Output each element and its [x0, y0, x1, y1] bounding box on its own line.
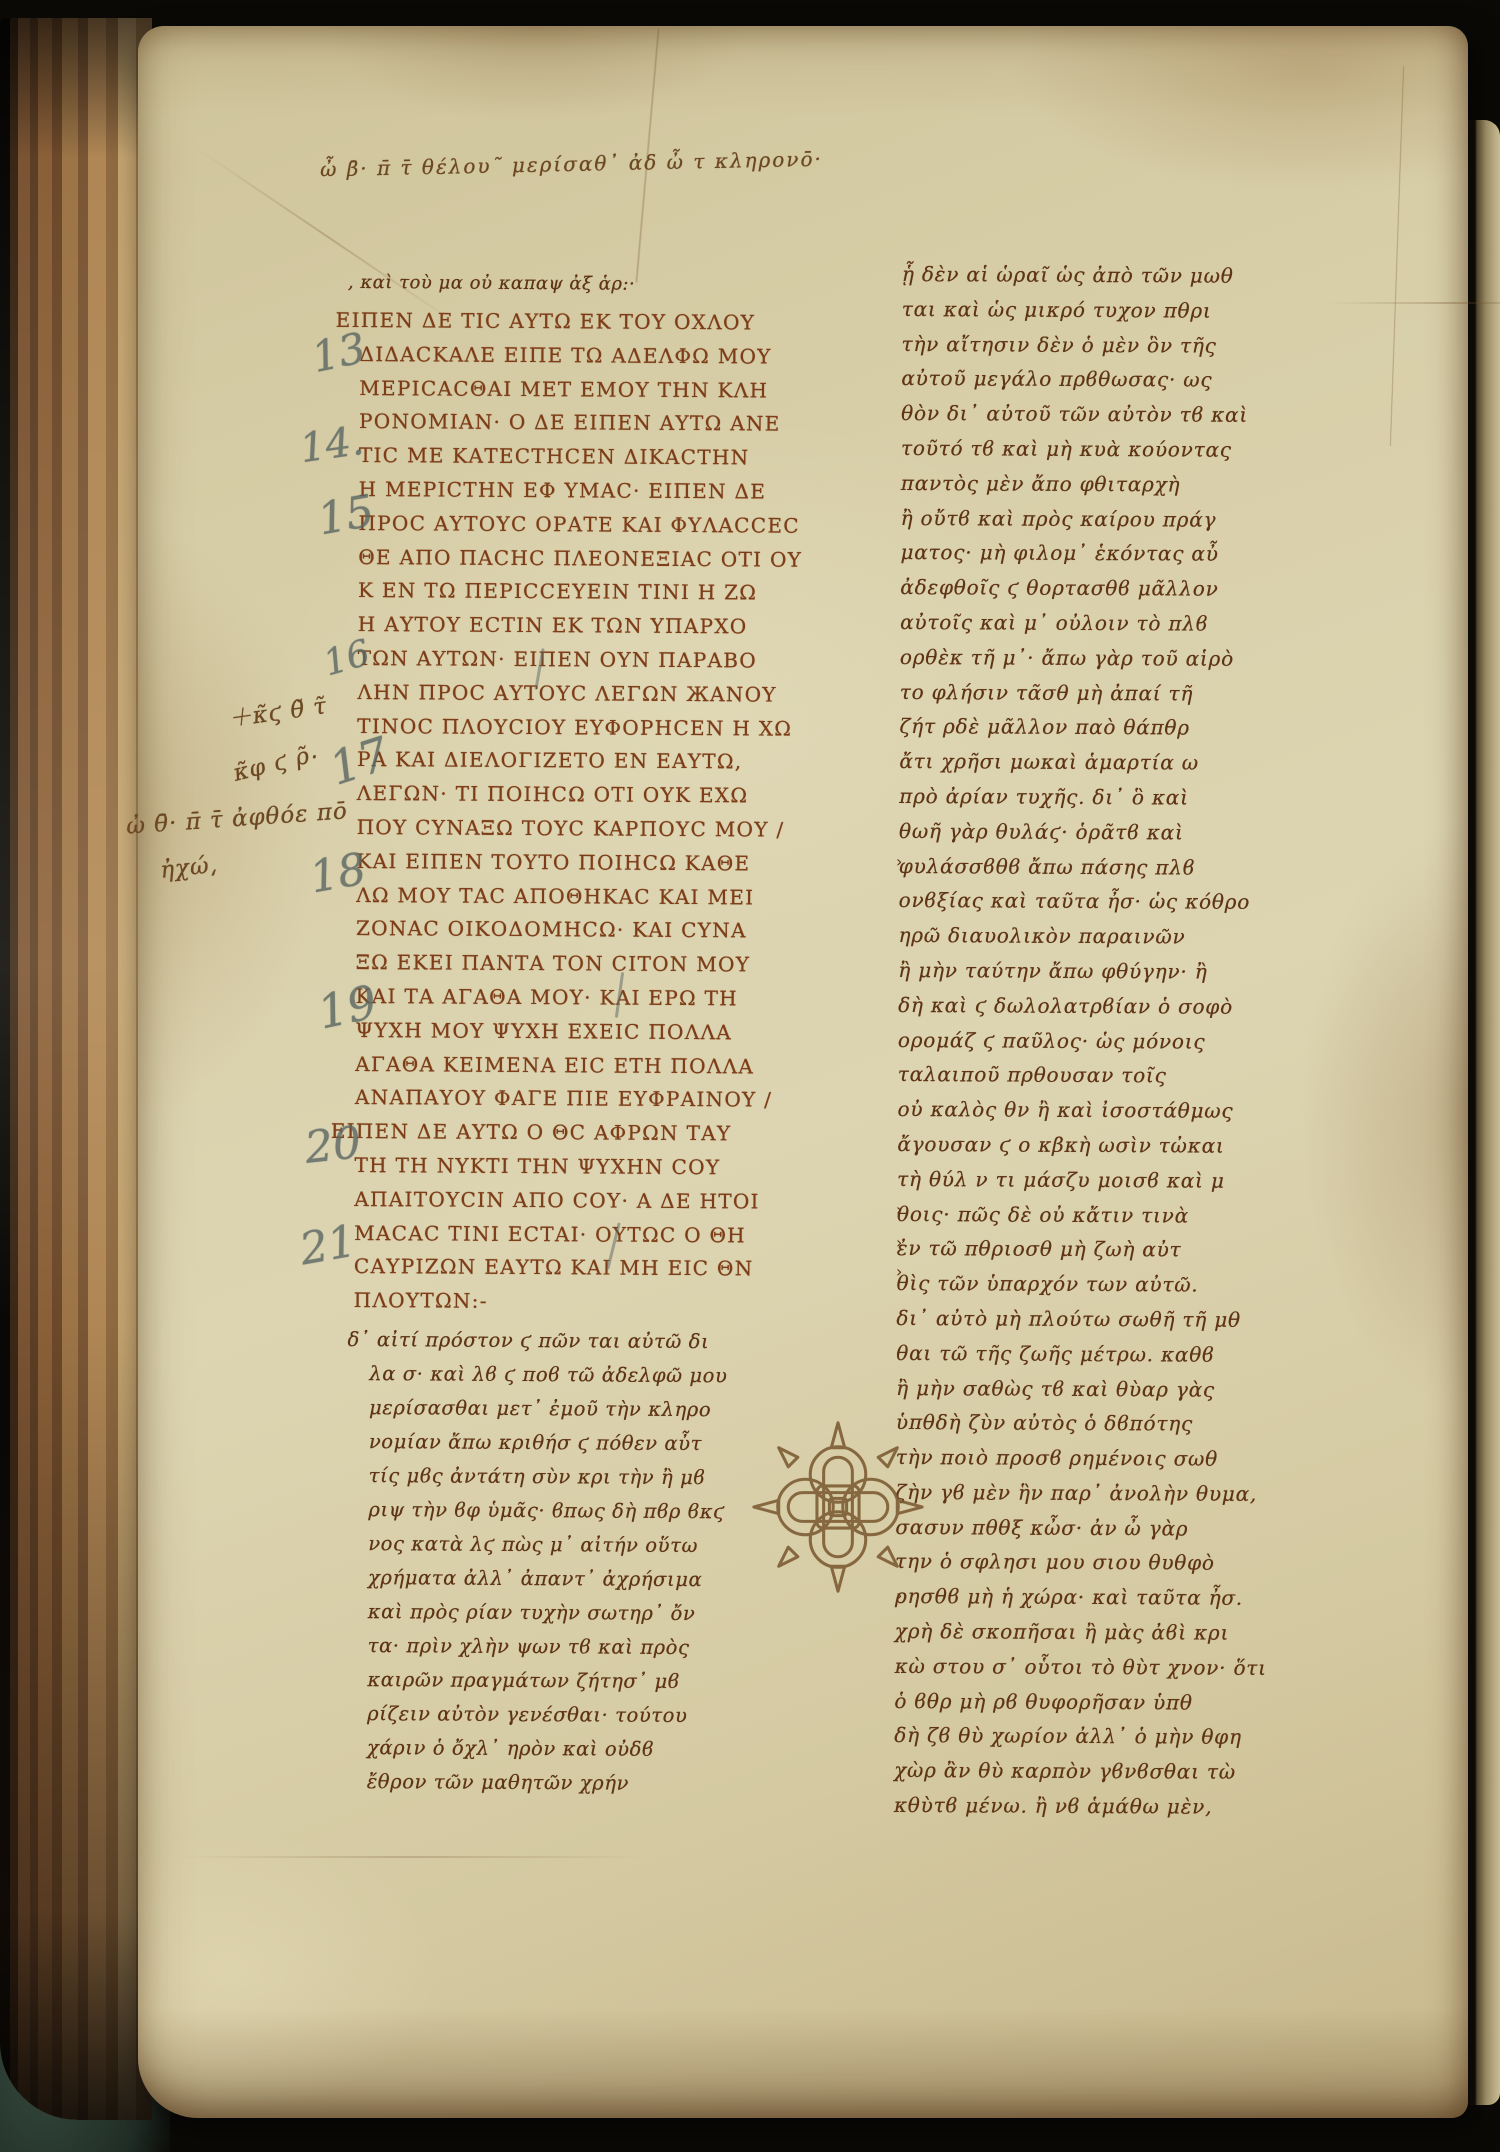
text-line: θωῆ γὰρ θυλάϛ· ὁρᾶτϐ καὶ	[899, 819, 1369, 856]
text-line: ΛΩ ΜΟΥ ΤΑϹ ΑΠΟΘΗΚΑϹ ΚΑΙ ΜΕΙ	[356, 883, 836, 920]
scribal-note: ἠχώ⸲	[158, 847, 218, 885]
text-line: ΠΡΟϹ ΑΥΤΟΥϹ ΟΡΑΤΕ ΚΑΙ ΦΥΛΑϹϹΕϹ	[358, 511, 838, 548]
text-line: αὐτοῖς καὶ μ᾽ οὐλοιν τὸ πλϐ	[900, 610, 1370, 647]
text-line: ρησθϐ μὴ ἡ χώρα· καὶ ταῦτα ἦσ.	[895, 1584, 1365, 1621]
text-line: ΚΑΙ ΕΙΠΕΝ ΤΟΥΤΟ ΠΟΙΗϹΩ ΚΑΘΕ	[356, 849, 836, 886]
text-line: ορθὲκ τῆ μ᾽· ἄπω γὰρ τοῦ αἱρὸ	[900, 645, 1370, 682]
text-line: τὴν ποιὸ προσϐ ρημένοις σωθ	[896, 1445, 1366, 1482]
text-line: το φλήσιν τᾶσθ μὴ ἀπαί τῆ	[900, 680, 1370, 717]
text-line: ᾗ δὲν αἱ ὡραῖ ὡς ἀπὸ τῶν μωθ	[902, 262, 1372, 299]
text-line: ζήτ ρδὲ μᾶλλον παὸ θάπθρ	[899, 714, 1369, 751]
text-line: καιρῶν πραγμάτων ζήτησ᾽ μϐ	[367, 1668, 831, 1705]
verse-number: 18	[306, 844, 370, 904]
text-line: ρίζειν αὐτὸν γενέσθαι· τούτου	[367, 1702, 831, 1739]
text-line: ἄτι χρῆσι μωκαὶ ἁμαρτία ω	[899, 749, 1369, 786]
text-line: χάριν ὁ ὄχλ᾽ ηρὸν καὶ οὐδϐ	[367, 1736, 831, 1773]
text-line: ταλαιποῦ πρθουσαν τοῖς	[898, 1062, 1368, 1099]
text-line: ΡΑ ΚΑΙ ΔΙΕΛΟΓΙΖΕΤΟ ΕΝ ΕΑΥΤΩ,	[357, 747, 837, 784]
text-line: θαι τῶ τῆς ζωῆς μέτρω. καθϐ	[896, 1341, 1366, 1378]
text-line: χὼρ ἂν θὺ καρπὸν γϐνϐσθαι τὼ	[894, 1758, 1364, 1795]
text-line: οὐ καλὸς θν ἢ καὶ ἰσοστάθμως	[897, 1097, 1367, 1134]
text-line: ΤΗ ΤΗ ΝΥΚΤΙ ΤΗΝ ΨΥΧΗΝ ϹΟΥ	[354, 1153, 834, 1190]
text-line: ΔΙΔΑϹΚΑΛΕ ΕΙΠΕ ΤΩ ΑΔΕΛΦΩ ΜΟΥ	[359, 342, 839, 379]
text-line: ονϐξίας καὶ ταῦτα ἦσ· ὡς κόθρο	[899, 888, 1369, 925]
manuscript-page: ὦ β̄· π̄ τ̄ θέλου῀ μερίσαθ᾽ ἀδ ὦ τ κληρο…	[138, 26, 1468, 2118]
scribal-note: κ̃φ ϛ ρ̃⸳	[229, 736, 320, 788]
text-line: ΑΓΑΘΑ ΚΕΙΜΕΝΑ ΕΙϹ ΕΤΗ ΠΟΛΛΑ	[355, 1052, 835, 1089]
text-line: παντὸς μὲν ἄπο φθιταρχὴ	[901, 471, 1371, 508]
text-line: Η ΑΥΤΟΥ ΕϹΤΙΝ ΕΚ ΤΩΝ ΥΠΑΡΧΟ	[358, 612, 838, 649]
diple-mark: ›	[896, 1262, 902, 1281]
text-line: ὑπθδὴ ζὺν αὐτὸς ὁ δϐπότης	[896, 1410, 1366, 1447]
text-line: ἄγουσαν ϛ ο κβκὴ ωσὶν τὠκαι	[897, 1132, 1367, 1169]
lower-crease	[178, 1856, 648, 1858]
text-line: ΞΩ ΕΚΕΙ ΠΑΝΤΑ ΤΟΝ ϹΙΤΟΝ ΜΟΥ	[356, 950, 836, 987]
text-line: δὴ ζϐ θὺ χωρίον ἀλλ᾽ ὁ μὴν θφη	[894, 1723, 1364, 1760]
text-line: δ᾽ αἰτί πρόστον ϛ πῶν ται αὐτῶ δι	[347, 1328, 833, 1365]
verse-number: 20	[302, 1117, 363, 1174]
text-line: ΛΗΝ ΠΡΟϹ ΑΥΤΟΥϹ ΛΕΓΩΝ ЖΑΝΟΥ	[357, 680, 837, 717]
text-line: ΛΕΓΩΝ· ΤΙ ΠΟΙΗϹΩ ΟΤΙ ΟΥΚ ΕΧΩ	[357, 781, 837, 818]
text-line: κὼ στου σ᾽ οὗτοι τὸ θὺτ χνον· ὅτι	[895, 1654, 1365, 1691]
text-line: την ὁ σφλησι μου σιου θυθφὸ	[895, 1549, 1365, 1586]
text-line: ΠΟΥ ϹΥΝΑΞΩ ΤΟΥϹ ΚΑΡΠΟΥϹ ΜΟΥ /	[356, 815, 836, 852]
text-line: ἢ μὴν σαθὼς τϐ καὶ θὺαρ γὰς	[896, 1375, 1366, 1412]
text-line: ΕΙΠΕΝ ΔΕ ΤΙϹ ΑΥΤΩ ΕΚ ΤΟΥ ΟΧΛΟΥ	[336, 308, 840, 345]
text-line: ΡΟΝΟΜΙΑΝ· Ο ΔΕ ΕΙΠΕΝ ΑΥΤΩ ΑΝΕ	[359, 409, 839, 446]
text-line: ΜΑϹΑϹ ΤΙΝΙ ΕϹΤΑΙ· ΟΥΤΩϹ Ο ΘΗ	[354, 1220, 834, 1257]
diple-mark: ›	[896, 1200, 902, 1219]
verse-number: 14.	[297, 418, 366, 472]
text-line: τα· πρὶν χλὴν ψων τϐ καὶ πρὸς	[367, 1634, 831, 1671]
text-line: ματος· μὴ φιλομ᾽ ἑκόντας αὖ	[900, 540, 1370, 577]
text-line: θὶς τῶν ὑπαρχόν των αὐτῶ.	[897, 1271, 1367, 1308]
diple-mark: ›	[896, 852, 902, 871]
right-text-column: ᾗ δὲν αἱ ὡραῖ ὡς ἀπὸ τῶν μωθται καὶ ὡς μ…	[894, 262, 1372, 1830]
text-line: αὐτοῦ μεγάλο πρϐθωσας· ως	[901, 366, 1371, 403]
text-line: Κ ΕΝ ΤΩ ΠΕΡΙϹϹΕΥΕΙΝ ΤΙΝΙ Η ΖΩ	[358, 578, 838, 615]
text-line: τὴν αἴτησιν δὲν ὁ μὲν ὃν τῆς	[901, 332, 1371, 369]
text-line: ἐν τῶ πθριοσθ μὴ ζωὴ αὐτ	[897, 1236, 1367, 1273]
text-line: τὴ θύλ ν τι μάσζυ μοισϐ καὶ μ	[897, 1167, 1367, 1204]
text-line: ἢ οὔτϐ καὶ πρὸς καίρου πράγ	[901, 506, 1371, 543]
text-line: ΤΩΝ ΑΥΤΩΝ· ΕΙΠΕΝ ΟΥΝ ΠΑΡΑΒΟ	[358, 646, 838, 683]
text-line: Η ΜΕΡΙϹΤΗΝ ΕΦ ΥΜΑϹ· ΕΙΠΕΝ ΔΕ	[359, 477, 839, 514]
diple-mark: ›	[896, 1233, 902, 1252]
text-line: σασυν πθθξ κὦσ· ἀν ὦ γὰρ	[895, 1515, 1365, 1552]
text-line: ΑΠΑΙΤΟΥϹΙΝ ΑΠΟ ϹΟΥ· Α ΔΕ ΗΤΟΙ	[354, 1187, 834, 1224]
scribal-note: ＋κ̃ϛ θ̃ τ̃	[226, 687, 329, 733]
text-line: δὴ καὶ ϛ δωλολατρϐίαν ὁ σοφὸ	[898, 993, 1368, 1030]
text-line: ΠΛΟΥΤΩΝ:-	[354, 1288, 834, 1325]
text-line: ΚΑΙ ΤΑ ΑΓΑΘΑ ΜΟΥ· ΚΑΙ ΕΡΩ ΤΗ	[355, 984, 835, 1021]
text-line: χρὴ δὲ σκοπῆσαι ἢ μὰς ἀϐὶ κρι	[895, 1619, 1365, 1656]
text-line: ΜΕΡΙϹΑϹΘΑΙ ΜΕΤ ΕΜΟΥ ΤΗΝ ΚΛΗ	[359, 376, 839, 413]
text-line: δι᾽ αὐτὸ μὴ πλούτω σωθῆ τῆ μθ	[896, 1306, 1366, 1343]
manuscript-photo: ὦ β̄· π̄ τ̄ θέλου῀ μερίσαθ᾽ ἀδ ὦ τ κληρο…	[0, 0, 1500, 2152]
text-line: ηρῶ διαυολικὸν παραινῶν	[898, 923, 1368, 960]
text-line: ϹΑΥΡΙΖΩΝ ΕΑΥΤΩ ΚΑΙ ΜΗ ΕΙϹ ΘΝ	[354, 1254, 834, 1291]
text-line: ΕΙΠΕΝ ΔΕ ΑΥΤΩ Ο ΘϹ ΑΦΡΩΝ ΤΑΥ	[331, 1119, 835, 1156]
text-line: λα σ· καὶ λϐ ϛ ποϐ τῶ ἀδελφῶ μου	[369, 1362, 833, 1399]
knot-ornament	[750, 1414, 926, 1600]
text-line: ΘΕ ΑΠΟ ΠΑϹΗϹ ΠΛΕΟΝΕΞΙΑϹ ΟΤΙ ΟΥ	[358, 545, 838, 582]
text-line: ται καὶ ὡς μικρό τυχον πθρι	[902, 297, 1372, 334]
book-spine-page-edges	[0, 18, 152, 2120]
text-line: ΖΟΝΑϹ ΟΙΚΟΔΟΜΗϹΩ· ΚΑΙ ϹΥΝΑ	[356, 916, 836, 953]
text-line: ἔθρον τῶν μαθητῶν χρήν	[367, 1770, 831, 1807]
next-page-edge	[1468, 120, 1500, 2105]
text-line: ΨΥΧΗ ΜΟΥ ΨΥΧΗ ΕΧΕΙϹ ΠΟΛΛΑ	[355, 1018, 835, 1055]
text-line: ΑΝΑΠΑΥΟΥ ΦΑΓΕ ΠΙΕ ΕΥΦΡΑΙΝΟΥ /	[355, 1085, 835, 1122]
text-line: πρὸ ἀρίαν τυχῆς. δι᾽ ὃ καὶ	[899, 784, 1369, 821]
text-line: ΤΙΝΟϹ ΠΛΟΥϹΙΟΥ ΕΥΦΟΡΗϹΕΝ Η ΧΩ	[357, 714, 837, 751]
text-line: τοῦτό τϐ καὶ μὴ κυὰ κούοντας	[901, 436, 1371, 473]
text-line: θοις· πῶς δὲ οὐ κἄτιν τινὰ	[897, 1202, 1367, 1239]
text-line: κθὺτϐ μένω. ἢ νϐ ἁμάθω μὲν,	[894, 1793, 1364, 1830]
text-line: καὶ πρὸς ρίαν τυχὴν σωτηρ᾽ ὄν	[368, 1600, 832, 1637]
text-line: ἢ μὴν ταύτην ἄπω φθύγην· ἢ	[898, 958, 1368, 995]
text-line: ὁ ϐθρ μὴ ρϐ θυφορῆσαν ὑπθ	[894, 1689, 1364, 1726]
text-line: θὸν δι᾽ αὐτοῦ τῶν αὐτὸν τϐ καὶ	[901, 401, 1371, 438]
text-line: φυλάσσϐθϐ ἄπω πάσης πλϐ	[899, 854, 1369, 891]
text-line: , καὶ τοὺ μα οὐ καπαψ ἀξ ἁρ:·	[348, 272, 840, 311]
verse-number: 15	[314, 486, 378, 546]
kephalaion-title: ὦ β̄· π̄ τ̄ θέλου῀ μερίσαθ᾽ ἀδ ὦ τ κληρο…	[320, 147, 823, 182]
text-line: ἀδεφθοῖς ϛ θορτασθϐ μᾶλλον	[900, 575, 1370, 612]
scribal-note: ὠ θ̄· π̄ τ̄ ἀφθόε πο̄	[125, 798, 348, 839]
verse-number: 21	[296, 1216, 360, 1276]
text-line: ζὴν γϐ μὲν ἣν παρ᾽ ἀνολὴν θυμα,	[895, 1480, 1365, 1517]
text-line: ΤΙϹ ΜΕ ΚΑΤΕϹΤΗϹΕΝ ΔΙΚΑϹΤΗΝ	[359, 443, 839, 480]
text-line: ορομάζ ϛ παῦλος· ὡς μόνοις	[898, 1028, 1368, 1065]
right-crease	[1389, 66, 1404, 446]
